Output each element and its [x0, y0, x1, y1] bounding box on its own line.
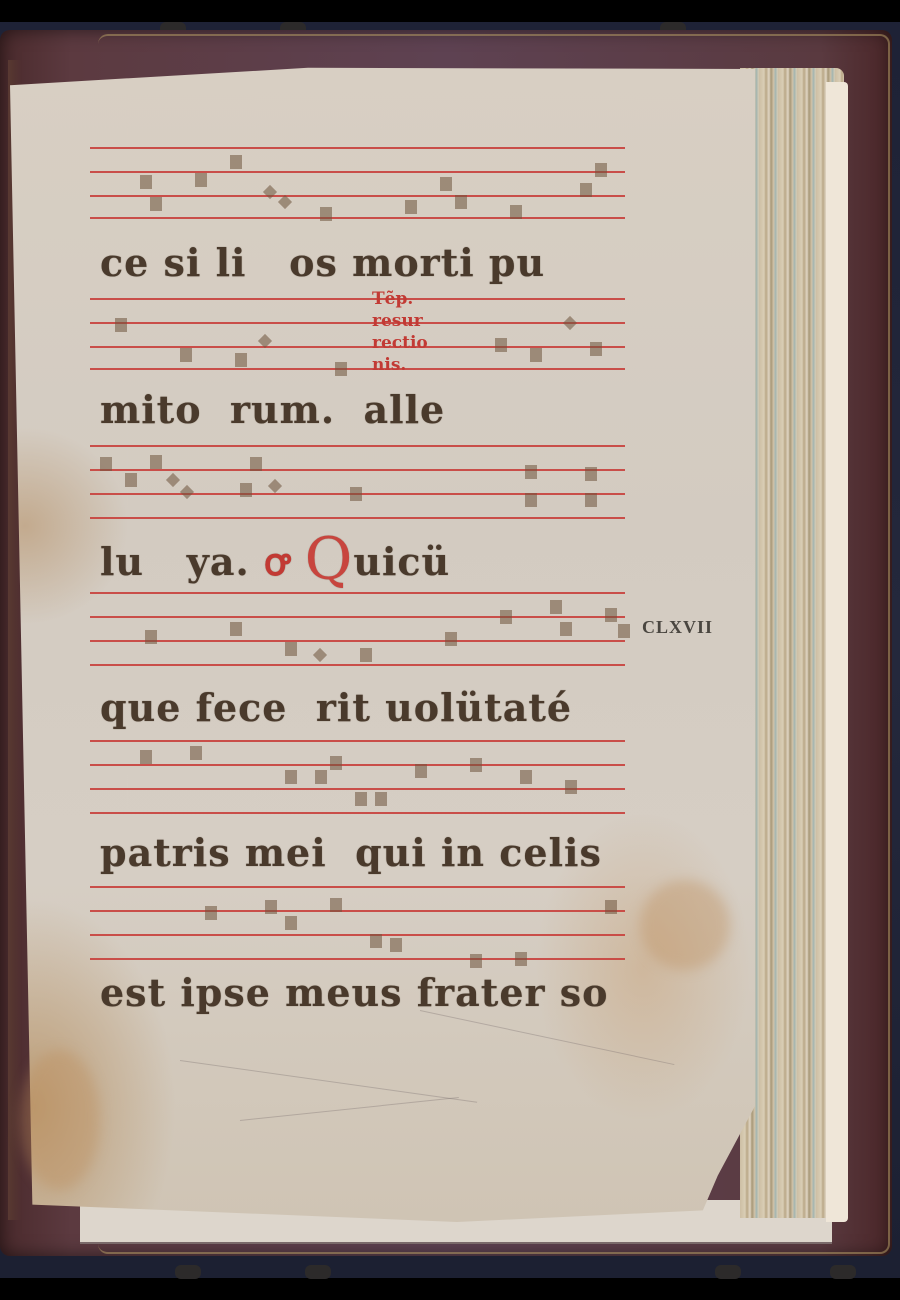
rubric-tempore-resurrectionis: Tẽp. resur rectio nis. [372, 288, 442, 376]
lyric-line-4: que fece rit uolütaté [100, 683, 620, 733]
red-abbreviation-mark: ꝍ [264, 539, 291, 584]
lyric-line-3: lu ya. ꝍ Quicü [100, 530, 620, 580]
binding-boss [830, 1265, 856, 1279]
lyric-line-6: est ipse meus frater so [100, 968, 620, 1018]
music-staff-5 [90, 740, 625, 812]
rubric-line: resur [372, 310, 442, 332]
lyric-line-5: patris mei qui in celis [100, 828, 620, 878]
water-stain [20, 1050, 100, 1190]
lyric-line-1: ce si li os morti pu [100, 238, 620, 288]
music-staff-4 [90, 592, 625, 664]
lyric-text: uicü [353, 539, 450, 584]
rubric-line: rectio [372, 332, 442, 354]
music-staff-2 [90, 298, 625, 370]
music-staff-1 [90, 145, 625, 217]
endpaper-edge [826, 82, 848, 1222]
rubric-line: nis. [372, 354, 442, 376]
binding-boss [175, 1265, 201, 1279]
water-stain [640, 880, 730, 970]
music-staff-6 [90, 886, 625, 958]
lyric-text: lu ya. [100, 539, 264, 584]
lyric-line-2: mito rum. alle [100, 385, 620, 435]
binding-boss [715, 1265, 741, 1279]
folio-number: CLXVII [642, 617, 713, 638]
red-initial-q: Q [305, 525, 354, 593]
rubric-line: Tẽp. [372, 288, 442, 310]
binding-boss [305, 1265, 331, 1279]
music-staff-3 [90, 445, 625, 517]
